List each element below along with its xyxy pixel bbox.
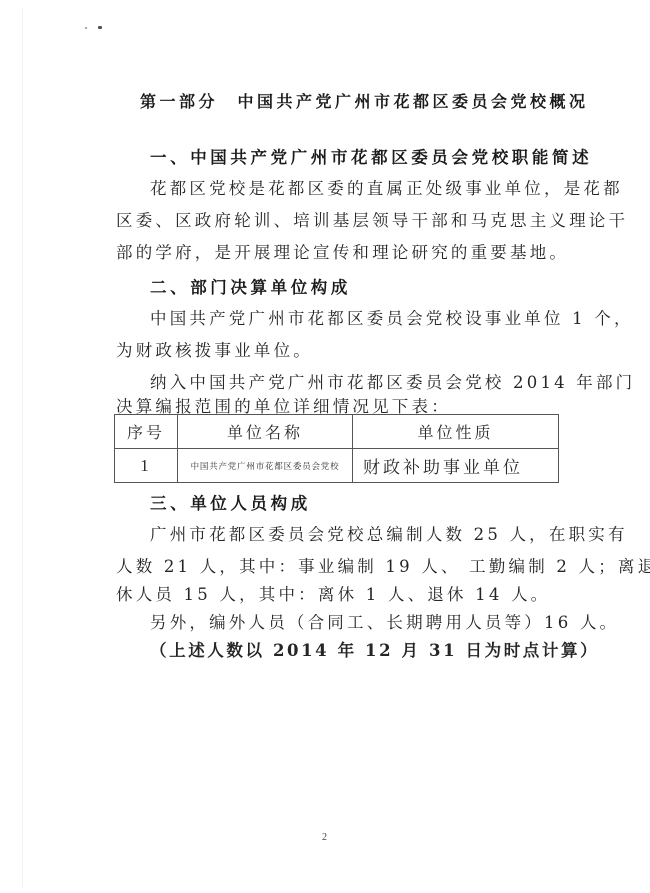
- unit-table: 序号 单位名称 单位性质 1 中国共产党广州市花都区委员会党校 财政补助事业单位: [114, 414, 559, 483]
- page-title: 第一部分 中国共产党广州市花都区委员会党校概况: [140, 89, 589, 112]
- table-header-row: 序号 单位名称 单位性质: [115, 415, 559, 449]
- scan-page-edge: [22, 8, 23, 888]
- table-header-name: 单位名称: [178, 415, 353, 449]
- section3-line: 广州市花都区委员会党校总编制人数 25 人，在职实有: [150, 521, 628, 545]
- section2-heading: 二、部门决算单位构成: [150, 274, 351, 298]
- section3-line: 另外，编外人员（合同工、长期聘用人员等）16 人。: [150, 609, 619, 633]
- table-row: 1 中国共产党广州市花都区委员会党校 财政补助事业单位: [115, 449, 559, 483]
- section2-line: 为财政核拨事业单位。: [116, 337, 313, 361]
- section2-line: 中国共产党广州市花都区委员会党校设事业单位 1 个，: [150, 305, 634, 329]
- table-cell-index: 1: [115, 449, 178, 483]
- table-cell-type: 财政补助事业单位: [353, 449, 559, 483]
- section3-line: 人数 21 人，其中：事业编制 19 人、 工勤编制 2 人；离退: [116, 553, 650, 577]
- table-cell-name: 中国共产党广州市花都区委员会党校: [178, 449, 353, 483]
- section1-line: 花都区党校是花都区委的直属正处级事业单位，是花都: [150, 175, 623, 199]
- table-header-index: 序号: [115, 415, 178, 449]
- scan-speck: [85, 27, 87, 29]
- section1-line: 区委、区政府轮训、培训基层领导干部和马克思主义理论干: [116, 207, 628, 231]
- section1-line: 部的学府，是开展理论宣传和理论研究的重要基地。: [116, 239, 569, 263]
- table-header-type: 单位性质: [353, 415, 559, 449]
- section2-line: 纳入中国共产党广州市花都区委员会党校 2014 年部门: [150, 369, 635, 393]
- scan-speck: [98, 26, 102, 29]
- section3-note: （上述人数以 2014 年 12 月 31 日为时点计算）: [150, 637, 599, 661]
- page-number: 2: [322, 832, 327, 843]
- section3-line: 休人员 15 人，其中：离休 1 人、退休 14 人。: [116, 581, 550, 605]
- section3-heading: 三、单位人员构成: [150, 490, 311, 514]
- section1-heading: 一、中国共产党广州市花都区委员会党校职能简述: [150, 144, 592, 168]
